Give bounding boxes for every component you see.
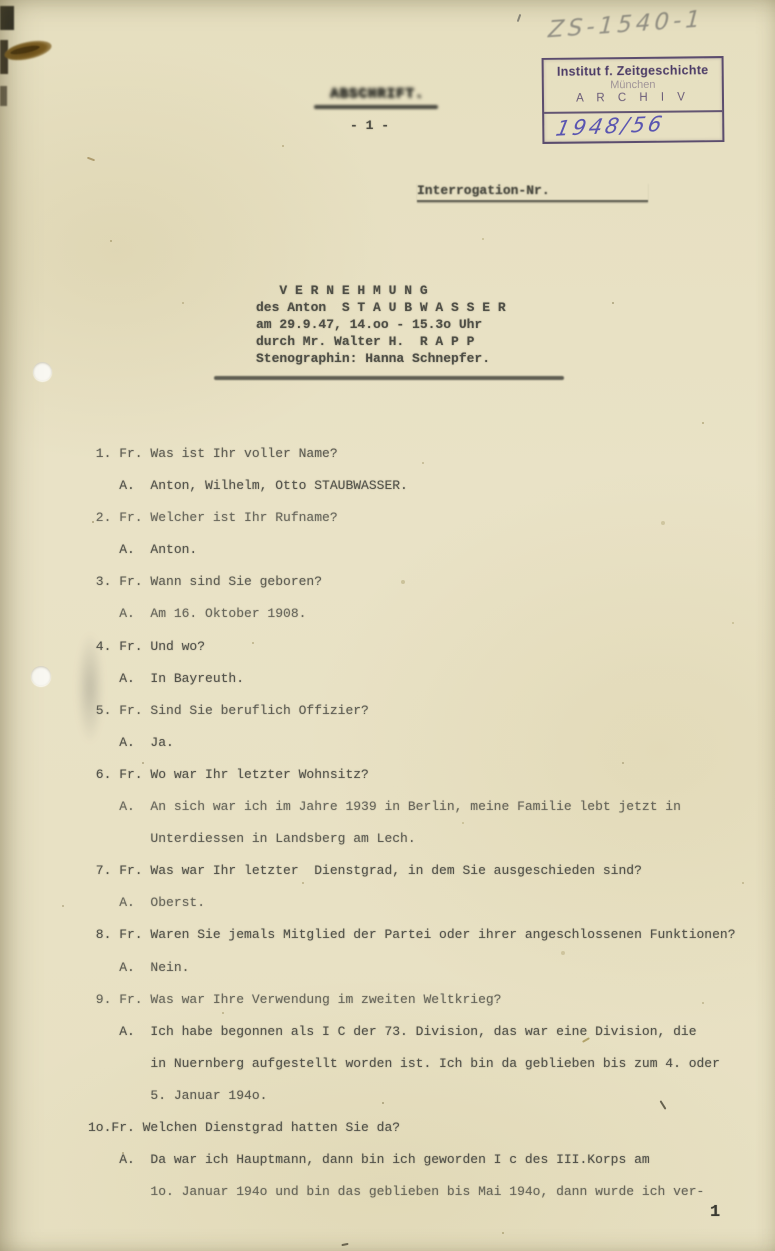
typed-line: A. In Bayreuth.	[88, 663, 736, 695]
smudged-heading-underline	[314, 105, 438, 109]
typed-line: A. Ich habe begonnen als I C der 73. Div…	[88, 1016, 736, 1048]
typed-line: A. Am 16. Oktober 1908.	[88, 598, 736, 630]
paper-speckles	[0, 0, 2, 2]
stamp-number-handwritten: 1948/56	[554, 112, 667, 141]
paper-fiber	[341, 1243, 348, 1246]
typed-line: 1. Fr. Was ist Ihr voller Name?	[88, 438, 736, 470]
typed-line: Unterdiessen in Landsberg am Lech.	[88, 823, 736, 855]
page-number-header: - 1 -	[350, 118, 389, 133]
stamp-institute-line: Institut f. Zeitgeschichte	[544, 63, 722, 79]
typed-line: A. Ja.	[88, 727, 736, 759]
smudged-heading: ABSCHRIFT.	[312, 86, 442, 102]
typed-line: 1o.Fr. Welchen Dienstgrad hatten Sie da?	[88, 1112, 736, 1144]
paper-fiber	[87, 157, 95, 162]
typed-line: 4. Fr. Und wo?	[88, 631, 736, 663]
archive-stamp: Institut f. Zeitgeschichte München A R C…	[542, 56, 725, 144]
archive-reference-handwritten: ZS-1540-1	[547, 6, 705, 43]
typed-line: A. Oberst.	[88, 887, 736, 919]
typed-line: 3. Fr. Wann sind Sie geboren?	[88, 566, 736, 598]
stamp-city-line: München	[544, 78, 722, 92]
scan-edge-mark	[0, 86, 7, 106]
interrogation-number-label: Interrogation-Nr.	[417, 183, 648, 202]
title-block-underline	[214, 376, 564, 380]
typed-line: 1o. Januar 194o und bin das geblieben bi…	[88, 1176, 736, 1208]
typed-line: 5. Januar 194o.	[88, 1080, 736, 1112]
qa-transcript: 1. Fr. Was ist Ihr voller Name? A. Anton…	[88, 438, 736, 1208]
stamp-text-block: Institut f. Zeitgeschichte München A R C…	[544, 58, 722, 105]
typed-line: A. An sich war ich im Jahre 1939 in Berl…	[88, 791, 736, 823]
typed-line: 8. Fr. Waren Sie jemals Mitglied der Par…	[88, 919, 736, 951]
typed-line: am 29.9.47, 14.oo - 15.3o Uhr	[256, 316, 506, 333]
typed-line: 5. Fr. Sind Sie beruflich Offizier?	[88, 695, 736, 727]
typed-line: Stenographin: Hanna Schnepfer.	[256, 350, 506, 367]
scan-edge-mark	[0, 6, 14, 30]
punch-hole	[31, 666, 51, 686]
typed-line: 9. Fr. Was war Ihre Verwendung im zweite…	[88, 984, 736, 1016]
typed-line: A. Da war ich Hauptmann, dann bin ich ge…	[88, 1144, 736, 1176]
typed-line: in Nuernberg aufgestellt worden ist. Ich…	[88, 1048, 736, 1080]
typed-line: 2. Fr. Welcher ist Ihr Rufname?	[88, 502, 736, 534]
punch-hole	[33, 362, 52, 381]
interrogation-title-block: V E R N E H M U N Gdes Anton S T A U B W…	[256, 282, 506, 367]
typed-line: A. Anton, Wilhelm, Otto STAUBWASSER.	[88, 470, 736, 502]
typed-line: A. Anton.	[88, 534, 736, 566]
typed-line: des Anton S T A U B W A S S E R	[256, 299, 506, 316]
typed-line: 7. Fr. Was war Ihr letzter Dienstgrad, i…	[88, 855, 736, 887]
paper-fiber	[517, 14, 522, 22]
page-number-footer: 1	[710, 1203, 720, 1222]
document-page: ZS-1540-1 Institut f. Zeitgeschichte Mün…	[0, 0, 775, 1251]
stamp-archiv-line: A R C H I V	[544, 91, 722, 105]
typed-line: 6. Fr. Wo war Ihr letzter Wohnsitz?	[88, 759, 736, 791]
typed-line: durch Mr. Walter H. R A P P	[256, 333, 506, 350]
typed-line: A. Nein.	[88, 952, 736, 984]
typed-line: V E R N E H M U N G	[256, 282, 506, 299]
